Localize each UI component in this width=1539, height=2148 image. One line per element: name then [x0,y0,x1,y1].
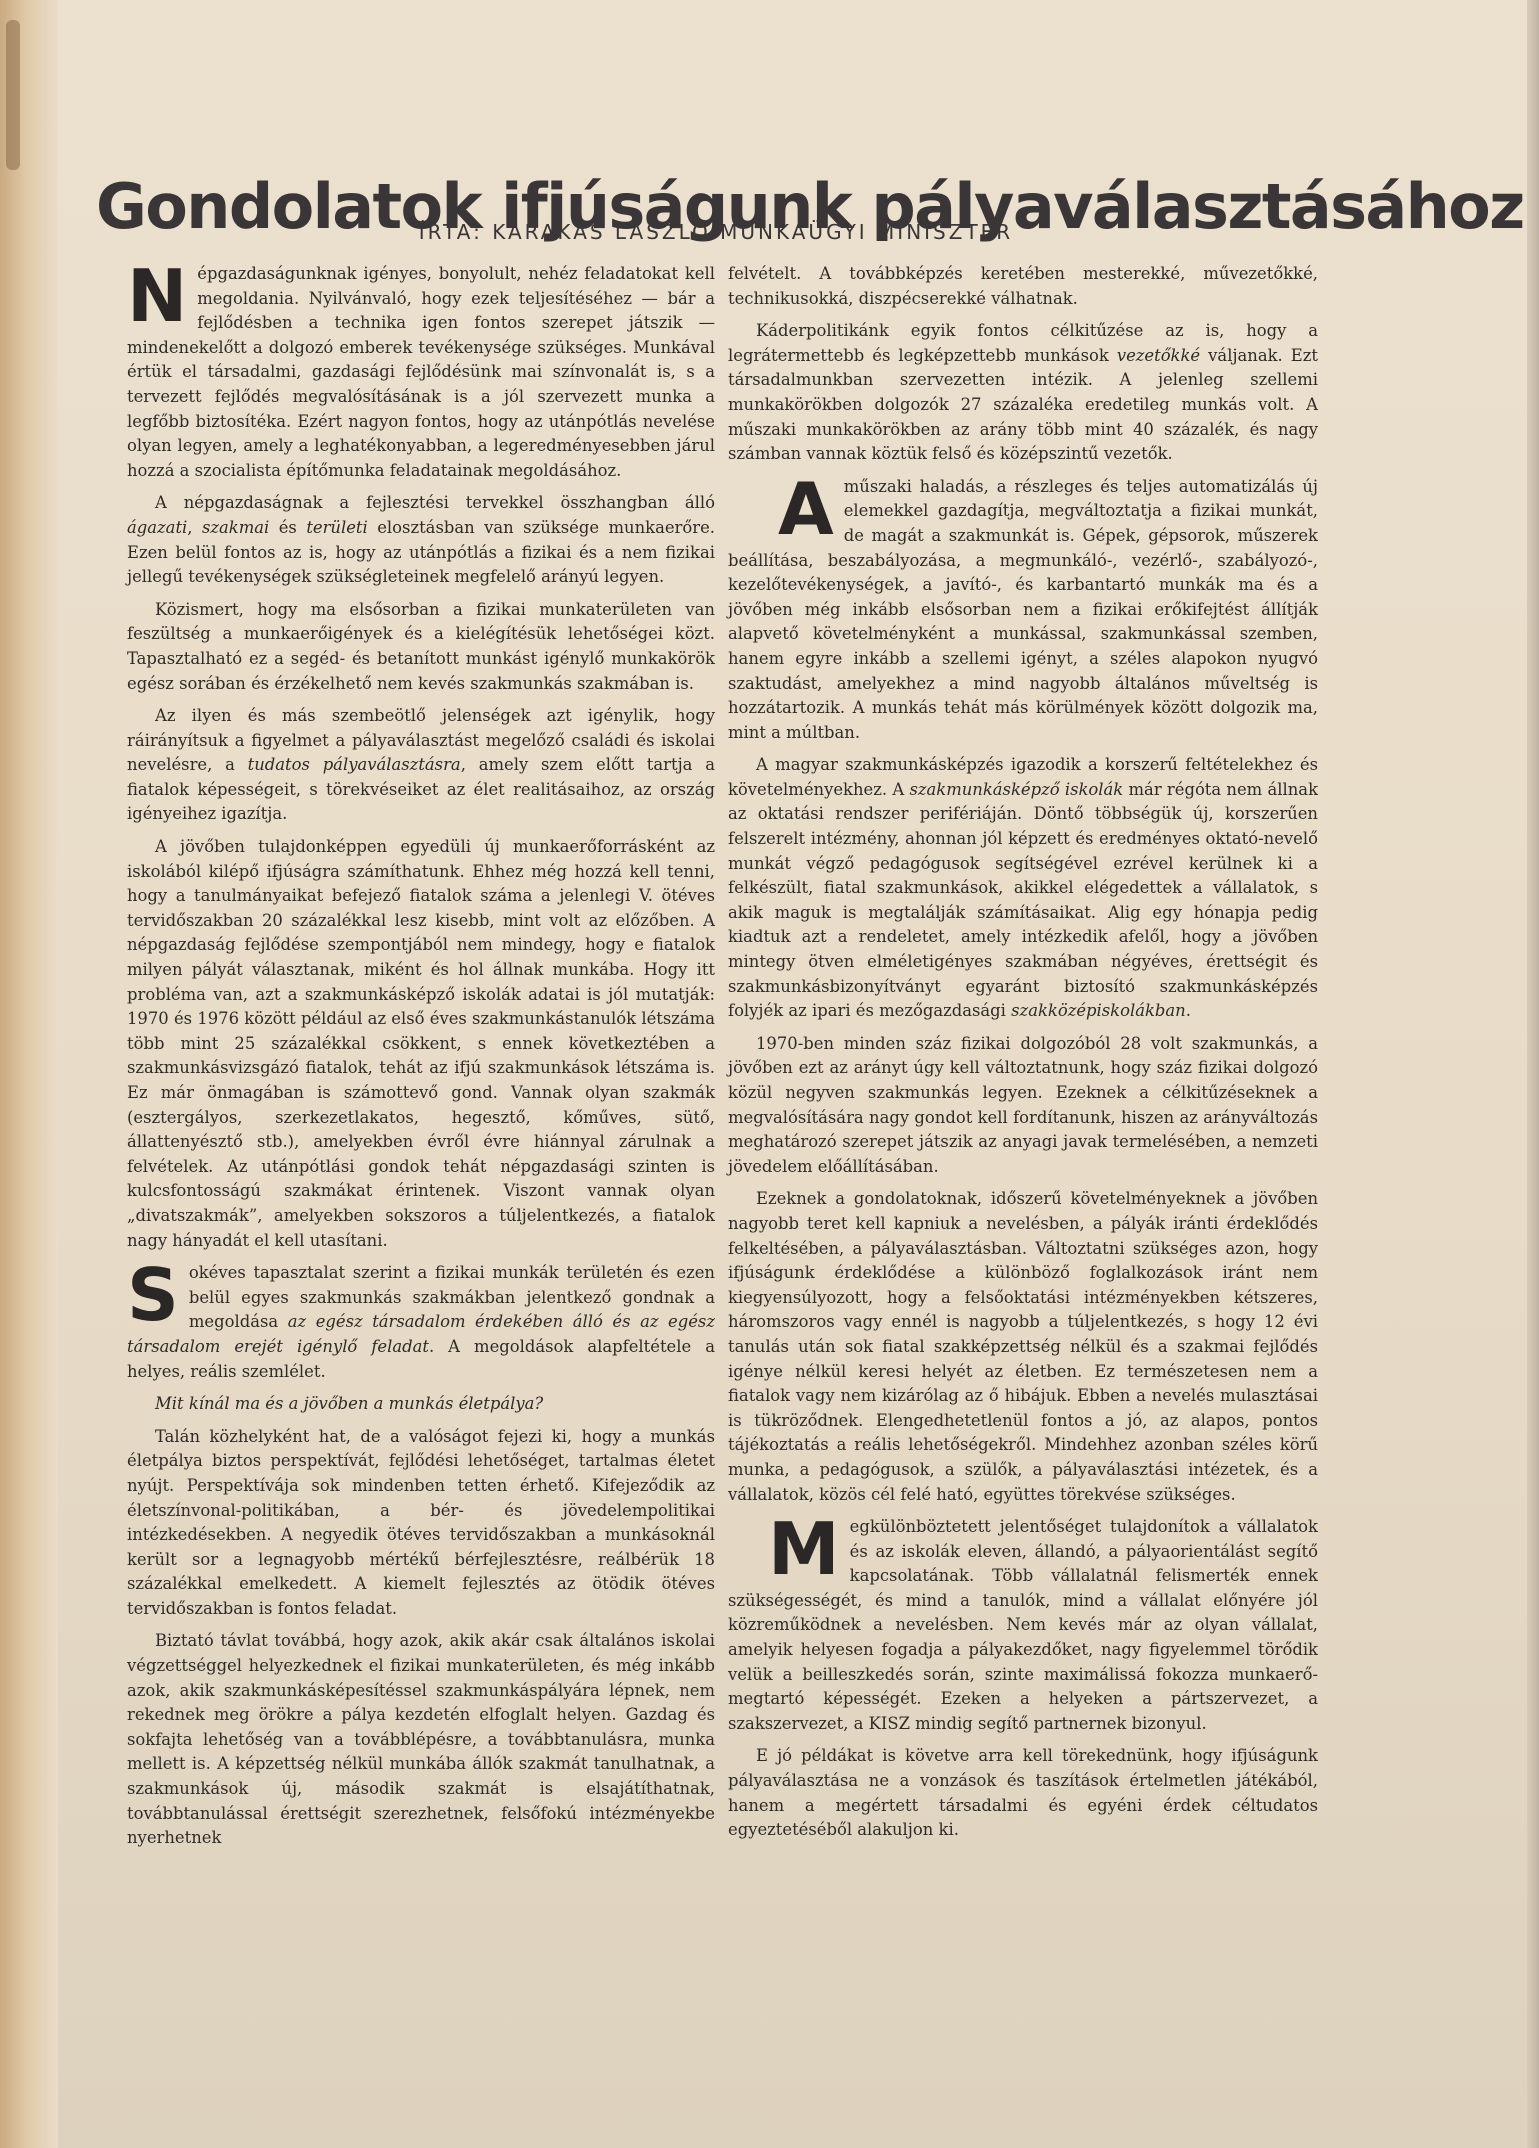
text-run: A népgazdaságnak a fejlesztési tervekkel… [155,493,715,512]
article-paragraph: E jó példákat is követve arra kell törek… [728,1744,1318,1842]
article-paragraph: Káderpolitikánk egyik fontos célkitűzése… [728,319,1318,467]
drop-cap: M [768,1519,840,1579]
text-run: felvételt. A továbbképzés keretében mest… [728,264,1318,308]
italic-text: területi [306,518,367,537]
article-paragraph: A magyar szakmunkásképzés igazodik a kor… [728,753,1318,1024]
italic-text: tudatos pályaválasztásra [248,755,461,774]
drop-cap: A [778,479,834,539]
page-edge [1527,0,1539,2148]
italic-text: Mit kínál ma és a jövőben a munkás életp… [155,1394,543,1413]
text-run: Talán közhelyként hat, de a valóságot fe… [127,1427,715,1618]
article-byline: ÍRTA: KARAKAS LÁSZLÓ MUNKAÜGYI MINISZTER [96,220,1336,244]
article-paragraph: felvételt. A továbbképzés keretében mest… [728,262,1318,311]
italic-text: szakmai [202,518,269,537]
paper-stain [6,20,20,170]
text-run: Közismert, hogy ma elsősorban a fizikai … [127,600,715,693]
section-subheading: Mit kínál ma és a jövőben a munkás életp… [127,1392,715,1417]
left-column: Népgazdaságunknak igényes, bonyolult, ne… [127,262,715,1859]
text-run: épgazdaságunknak igényes, bonyolult, neh… [127,264,715,480]
article-paragraph: 1970-ben minden száz fizikai dolgozóból … [728,1032,1318,1180]
italic-text: szakmunkásképző iskolák [909,780,1123,799]
article-paragraph: Aműszaki haladás, a részleges és teljes … [728,475,1318,746]
italic-text: ágazati [127,518,187,537]
article-paragraph: Az ilyen és más szembeötlő jelenségek az… [127,704,715,827]
text-run: Biztató távlat továbbá, hogy azok, akik … [127,1631,715,1847]
text-run: már régóta nem állnak az oktatási rendsz… [728,780,1318,1020]
drop-cap: S [127,1265,179,1325]
article-paragraph: Sokéves tapasztalat szerint a fizikai mu… [127,1261,715,1384]
article-paragraph: Ezeknek a gondolatoknak, időszerű követe… [728,1187,1318,1507]
article-paragraph: Biztató távlat továbbá, hogy azok, akik … [127,1629,715,1850]
italic-text: vezetőkké [1117,346,1200,365]
text-run: és [269,518,306,537]
article-paragraph: A népgazdaságnak a fejlesztési tervekkel… [127,491,715,589]
article-paragraph: Megkülönböztetett jelentőséget tulajdoní… [728,1515,1318,1736]
torn-page-edge [0,0,58,2148]
text-run: E jó példákat is követve arra kell törek… [728,1746,1318,1839]
right-column: felvételt. A továbbképzés keretében mest… [728,262,1318,1851]
text-run: , [187,518,202,537]
article-paragraph: Népgazdaságunknak igényes, bonyolult, ne… [127,262,715,483]
text-run: Ezeknek a gondolatoknak, időszerű követe… [728,1189,1318,1503]
italic-text: szakközépiskolákban [1011,1001,1186,1020]
newspaper-page: Gondolatok ifjúságunk pályaválasztásához… [0,0,1539,2148]
drop-cap: N [127,266,187,326]
article-paragraph: Talán közhelyként hat, de a valóságot fe… [127,1425,715,1622]
article-paragraph: A jövőben tulajdonképpen egyedüli új mun… [127,835,715,1253]
text-run: A jövőben tulajdonképpen egyedüli új mun… [127,837,715,1250]
text-run: 1970-ben minden száz fizikai dolgozóból … [728,1034,1318,1176]
text-run: . [1186,1001,1191,1020]
article-paragraph: Közismert, hogy ma elsősorban a fizikai … [127,598,715,696]
